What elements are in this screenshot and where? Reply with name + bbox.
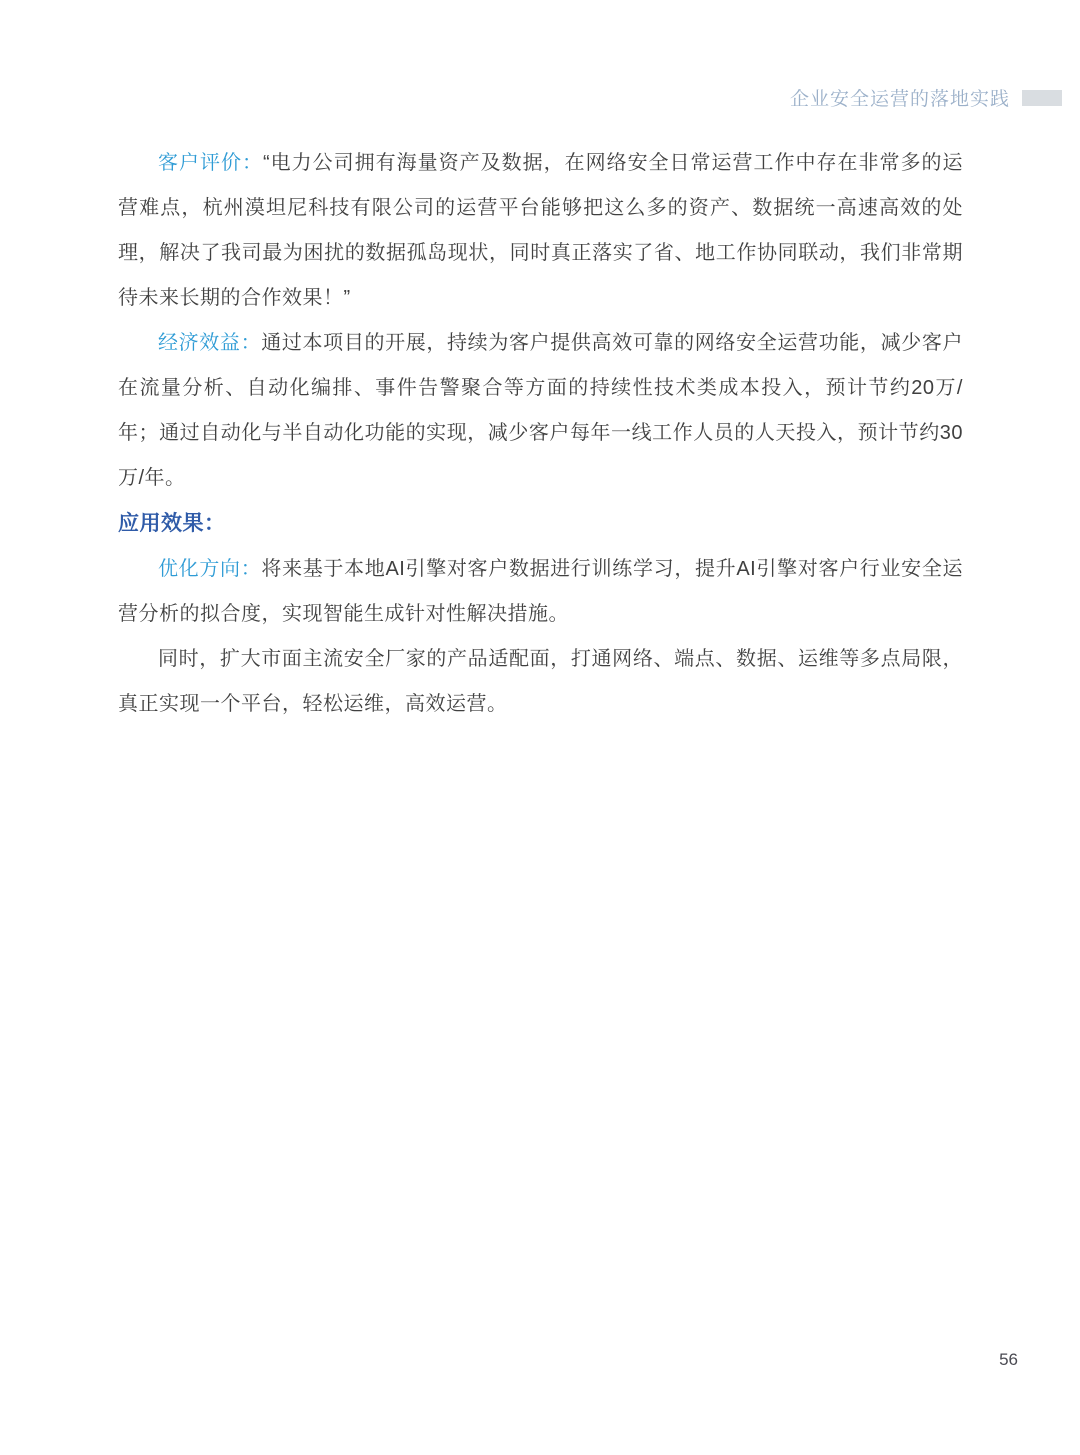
economic-benefit-label: 经济效益：: [158, 332, 261, 354]
economic-benefit-text: 通过本项目的开展，持续为客户提供高效可靠的网络安全运营功能，减少客户在流量分析、…: [118, 332, 963, 489]
page-number: 56: [999, 1350, 1018, 1370]
document-page: 企业安全运营的落地实践 客户评价：“电力公司拥有海量资产及数据，在网络安全日常运…: [0, 0, 1080, 1455]
section-heading-application-effect: 应用效果：: [118, 501, 963, 547]
customer-review-label: 客户评价：: [158, 152, 263, 174]
optimization-direction-label: 优化方向：: [158, 558, 261, 580]
paragraph-customer-review: 客户评价：“电力公司拥有海量资产及数据，在网络安全日常运营工作中存在非常多的运营…: [118, 141, 963, 321]
header-title: 企业安全运营的落地实践: [790, 84, 1010, 111]
paragraph-economic-benefit: 经济效益：通过本项目的开展，持续为客户提供高效可靠的网络安全运营功能，减少客户在…: [118, 321, 963, 501]
customer-review-text: “电力公司拥有海量资产及数据，在网络安全日常运营工作中存在非常多的运营难点，杭州…: [118, 152, 963, 309]
page-content: 客户评价：“电力公司拥有海量资产及数据，在网络安全日常运营工作中存在非常多的运营…: [118, 141, 963, 727]
page-header: 企业安全运营的落地实践: [790, 84, 1062, 111]
paragraph-closing: 同时，扩大市面主流安全厂家的产品适配面，打通网络、端点、数据、运维等多点局限，真…: [118, 637, 963, 727]
header-decoration-block: [1022, 90, 1062, 106]
paragraph-optimization-direction: 优化方向：将来基于本地AI引擎对客户数据进行训练学习，提升AI引擎对客户行业安全…: [118, 547, 963, 637]
